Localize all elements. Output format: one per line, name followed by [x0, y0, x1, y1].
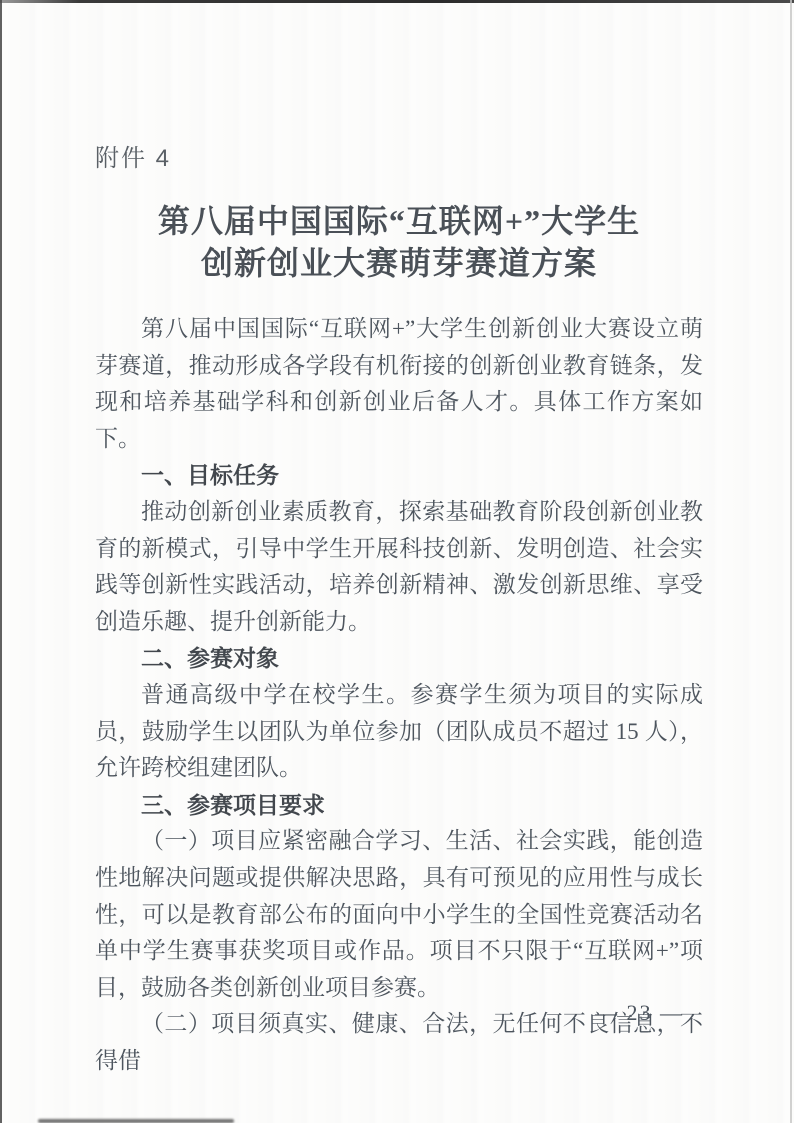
scan-edge-left [0, 0, 2, 1123]
scan-edge-top [0, 0, 794, 3]
scan-smudge-bottom [38, 1119, 234, 1123]
paragraph-requirement-1: （一）项目应紧密融合学习、生活、社会实践，能创造性地解决问题或提供解决思路，具有… [95, 823, 703, 1006]
document-body: 第八届中国国际“互联网+”大学生创新创业大赛设立萌芽赛道，推动形成各学段有机衔接… [95, 311, 703, 1079]
section-heading-project-requirements: 三、参赛项目要求 [95, 787, 703, 824]
paragraph-intro: 第八届中国国际“互联网+”大学生创新创业大赛设立萌芽赛道，推动形成各学段有机衔接… [95, 311, 703, 457]
section-heading-participants: 二、参赛对象 [95, 640, 703, 677]
paragraph-participants: 普通高级中学在校学生。参赛学生须为项目的实际成员，鼓励学生以团队为单位参加（团队… [95, 677, 703, 787]
scan-edge-right [790, 0, 792, 1123]
document-title-line2: 创新创业大赛萌芽赛道方案 [95, 242, 703, 284]
attachment-label: 附件 4 [95, 138, 171, 173]
paragraph-goals: 推动创新创业素质教育，探索基础教育阶段创新创业教育的新模式，引导中学生开展科技创… [95, 494, 703, 640]
document-title-line1: 第八届中国国际“互联网+”大学生 [95, 200, 703, 242]
page-number: — 23 — [595, 1000, 684, 1026]
section-heading-goals: 一、目标任务 [95, 457, 703, 494]
document-title: 第八届中国国际“互联网+”大学生 创新创业大赛萌芽赛道方案 [95, 200, 703, 284]
scanned-document-page: 附件 4 第八届中国国际“互联网+”大学生 创新创业大赛萌芽赛道方案 第八届中国… [0, 0, 794, 1123]
